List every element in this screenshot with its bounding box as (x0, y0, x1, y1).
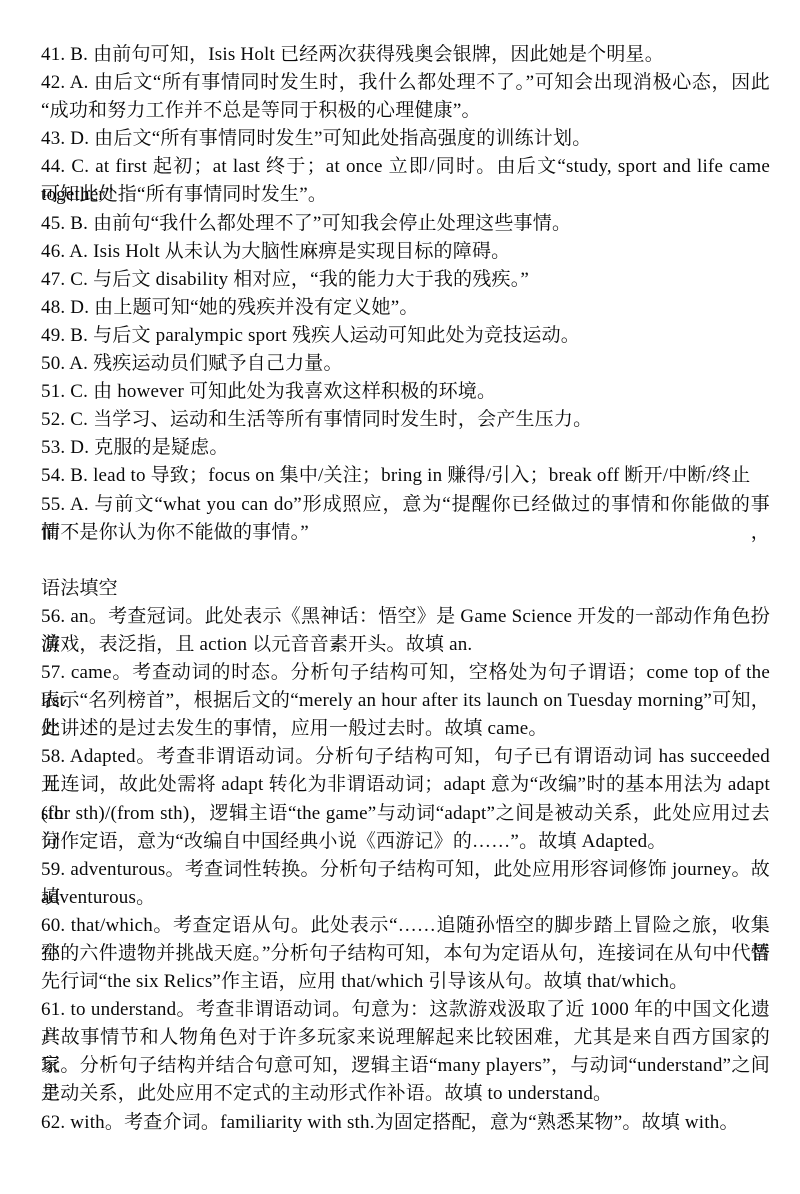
cloze-answers-section: 41. B. 由前句可知，Isis Holt 已经两次获得残奥会银牌，因此她是个… (41, 41, 770, 547)
text-line: 表示“名列榜首”，根据后文的“merely an hour after its … (41, 687, 770, 715)
text-line: 58. Adapted。考查非谓语动词。分析句子结构可知，句子已有谓语动词 ha… (41, 743, 770, 771)
text-line: 51. C. 由 however 可知此处为我喜欢这样积极的环境。 (41, 378, 770, 406)
text-line: 家。分析句子结构并结合句意可知，逻辑主语“many players”，与动词“u… (41, 1052, 770, 1080)
text-line: 可知此处指“所有事情同时发生”。 (41, 181, 770, 209)
text-line: “成功和努力工作并不总是等同于积极的心理健康”。 (41, 97, 770, 125)
grammar-fill-section: 语法填空 56. an。考查冠词。此处表示《黑神话：悟空》是 Game Scie… (41, 575, 770, 1137)
text-line: 44. C. at first 起初；at last 终于；at once 立即… (41, 153, 770, 181)
text-line: 47. C. 与后文 disability 相对应，“我的能力大于我的残疾。” (41, 266, 770, 294)
text-line: 主动关系，此处应用不定式的主动形式作补语。故填 to understand。 (41, 1080, 770, 1108)
text-line: 词作定语，意为“改编自中国经典小说《西游记》的……”。故填 Adapted。 (41, 828, 770, 856)
section-gap (41, 547, 770, 575)
text-line: 42. A. 由后文“所有事情同时发生时，我什么都处理不了。”可知会出现消极心态… (41, 69, 770, 97)
text-line: 62. with。考查介词。familiarity with sth.为固定搭配… (41, 1109, 770, 1137)
text-line: 其故事情节和人物角色对于许多玩家来说理解起来比较困难，尤其是来自西方国家的玩 (41, 1024, 770, 1052)
text-line: 游戏，表泛指，且 action 以元音音素开头。故填 an. (41, 631, 770, 659)
section-heading: 语法填空 (41, 575, 770, 603)
text-line: 54. B. lead to 导致；focus on 集中/关注；bring i… (41, 462, 770, 490)
text-line: 46. A. Isis Holt 从未认为大脑性麻痹是实现目标的障碍。 (41, 238, 770, 266)
text-line: 41. B. 由前句可知，Isis Holt 已经两次获得残奥会银牌，因此她是个… (41, 41, 770, 69)
text-line: 先行词“the six Relics”作主语，应用 that/which 引导该… (41, 968, 770, 996)
text-line: 处讲述的是过去发生的事情，应用一般过去时。故填 came。 (41, 715, 770, 743)
text-line: 61. to understand。考查非谓语动词。句意为：这款游戏汲取了近 1… (41, 996, 770, 1024)
text-line: 无连词，故此处需将 adapt 转化为非谓语动词；adapt 意为“改编”时的基… (41, 771, 770, 799)
text-line: adventurous。 (41, 884, 770, 912)
text-line: 45. B. 由前句“我什么都处理不了”可知我会停止处理这些事情。 (41, 210, 770, 238)
text-line: (for sth)/(from sth)，逻辑主语“the game”与动词“a… (41, 800, 770, 828)
text-line: 48. D. 由上题可知“她的残疾并没有定义她”。 (41, 294, 770, 322)
document-page: 41. B. 由前句可知，Isis Holt 已经两次获得残奥会银牌，因此她是个… (0, 0, 800, 1194)
text-line: 53. D. 克服的是疑虑。 (41, 434, 770, 462)
text-line: 43. D. 由后文“所有事情同时发生”可知此处指高强度的训练计划。 (41, 125, 770, 153)
text-line: 空的六件遗物并挑战天庭。”分析句子结构可知，本句为定语从句，连接词在从句中代替 (41, 940, 770, 968)
text-line: 56. an。考查冠词。此处表示《黑神话：悟空》是 Game Science 开… (41, 603, 770, 631)
text-line: 57. came。考查动词的时态。分析句子结构可知，空格处为句子谓语；come … (41, 659, 770, 687)
text-line: 59. adventurous。考查词性转换。分析句子结构可知，此处应用形容词修… (41, 856, 770, 884)
text-line: 55. A. 与前文“what you can do”形成照应，意为“提醒你已经… (41, 491, 770, 519)
text-line: 60. that/which。考查定语从句。此处表示“……追随孙悟空的脚步踏上冒… (41, 912, 770, 940)
text-line: 52. C. 当学习、运动和生活等所有事情同时发生时，会产生压力。 (41, 406, 770, 434)
text-line: 49. B. 与后文 paralympic sport 残疾人运动可知此处为竞技… (41, 322, 770, 350)
text-line: 50. A. 残疾运动员们赋予自己力量。 (41, 350, 770, 378)
